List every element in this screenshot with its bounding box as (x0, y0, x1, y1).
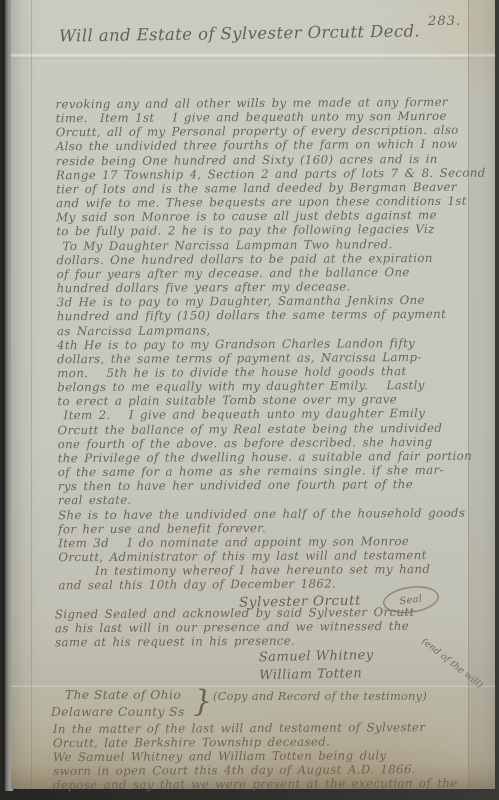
manuscript-line: She is to have the undivided one half of… (58, 505, 472, 522)
manuscript-line: same at his request in his presence. (55, 633, 435, 650)
paper-crease (11, 52, 495, 59)
attestation-block: Signed Sealed and acknowled by said Sylv… (55, 605, 435, 650)
jurat-county-line: Delaware County Ss (51, 705, 471, 719)
manuscript-line: belongs to me equally with my daughter E… (57, 378, 471, 395)
jurat-block: The State of Ohio Delaware County Ss } (… (65, 688, 471, 719)
jurat-brace: } (193, 684, 212, 719)
right-page-fold (469, 0, 495, 789)
manuscript-line: of four years after my decease. and the … (57, 265, 471, 282)
ledger-photo: 283. Will and Estate of Sylvester Orcutt… (0, 0, 499, 800)
witness-signature: Samuel Whitney (259, 647, 374, 667)
manuscript-line: rys then to have her undivided one fourt… (58, 477, 472, 494)
manuscript-line: dollars, the same terms of payment as, N… (57, 350, 471, 367)
manuscript-line: In testimony whereof I have hereunto set… (58, 562, 472, 579)
will-text-block: revoking any and all other wills by me m… (55, 95, 472, 593)
witness-signature: William Totten (259, 664, 374, 684)
left-margin-rule (31, 0, 32, 789)
manuscript-line: hundred and fifty (150) dollars the same… (57, 307, 471, 324)
page-number: 283. (428, 14, 461, 29)
manuscript-line: depose and say that we were present at t… (53, 777, 471, 793)
probate-text-block: In the matter of the last will and testa… (53, 721, 471, 793)
jurat-side-note: (Copy and Record of the testimony) (213, 690, 427, 703)
manuscript-line: to be fully paid. 2 he is to pay the fol… (56, 222, 470, 239)
page-title: Will and Estate of Sylvester Orcutt Decd… (59, 21, 420, 45)
witness-signatures: Samuel WhitneyWilliam Totten (259, 647, 375, 684)
manuscript-page: 283. Will and Estate of Sylvester Orcutt… (11, 0, 495, 789)
